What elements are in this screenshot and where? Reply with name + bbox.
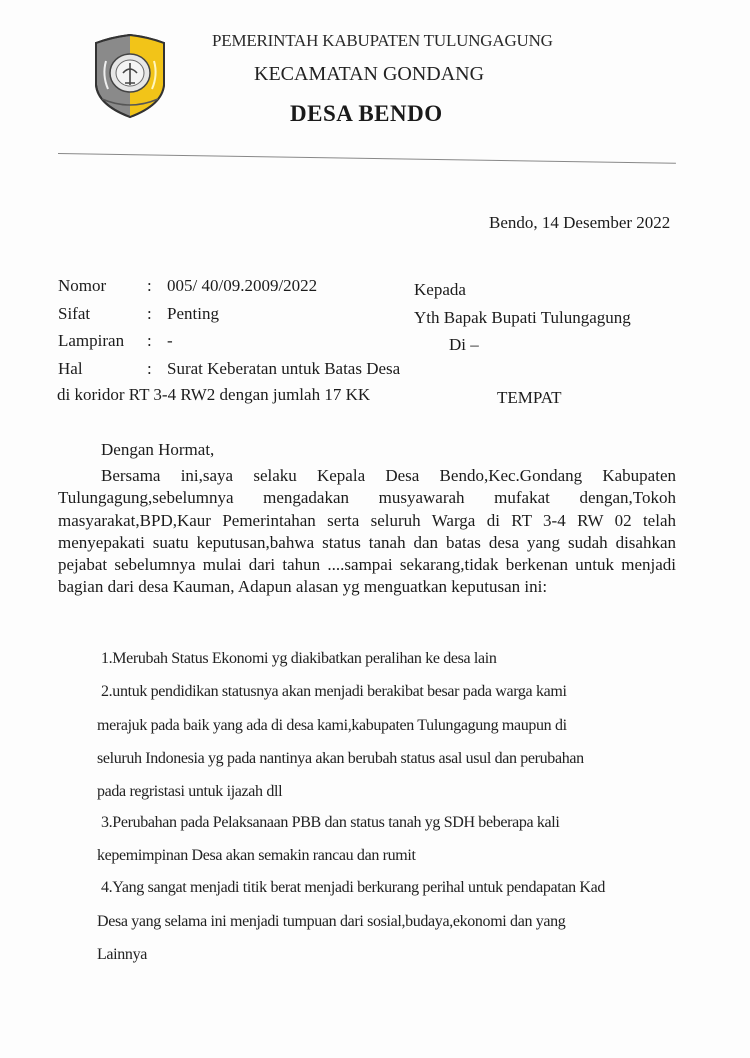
reason-line: 2.untuk pendidikan statusnya akan menjad… (101, 683, 567, 701)
body-paragraph: Bersama ini,saya selaku Kepala Desa Bend… (58, 465, 676, 599)
meta-label-sifat: Sifat (58, 304, 90, 324)
recipient-name: Yth Bapak Bupati Tulungagung (414, 308, 631, 328)
recipient-at: Di – (449, 335, 479, 355)
meta-label-nomor: Nomor (58, 276, 106, 296)
meta-value-sifat: Penting (167, 304, 219, 324)
reason-line: seluruh Indonesia yg pada nantinya akan … (97, 750, 584, 768)
reason-line: 1.Merubah Status Ekonomi yg diakibatkan … (101, 650, 497, 668)
reason-line: Lainnya (97, 946, 147, 964)
meta-value-lampiran: - (167, 331, 173, 351)
letterhead-divider (58, 153, 676, 164)
subject-continuation: di koridor RT 3-4 RW2 dengan jumlah 17 K… (57, 385, 370, 405)
meta-colon: : (147, 304, 152, 324)
letter-date: Bendo, 14 Desember 2022 (489, 213, 670, 233)
meta-value-hal: Surat Keberatan untuk Batas Desa (167, 359, 400, 379)
reason-line: 4.Yang sangat menjadi titik berat menjad… (101, 879, 605, 897)
regency-emblem-icon (92, 33, 168, 119)
reason-line: kepemimpinan Desa akan semakin rancau da… (97, 847, 416, 865)
meta-colon: : (147, 331, 152, 351)
meta-colon: : (147, 276, 152, 296)
reason-line: pada regristasi untuk ijazah dll (97, 783, 282, 801)
reason-line: 3.Perubahan pada Pelaksanaan PBB dan sta… (101, 814, 560, 832)
letterhead-government: PEMERINTAH KABUPATEN TULUNGAGUNG (212, 31, 553, 51)
greeting: Dengan Hormat, (101, 440, 214, 460)
recipient-place: TEMPAT (497, 388, 562, 408)
meta-colon: : (147, 359, 152, 379)
meta-value-nomor: 005/ 40/09.2009/2022 (167, 276, 317, 296)
letterhead-village: DESA BENDO (290, 101, 443, 127)
reason-line: Desa yang selama ini menjadi tumpuan dar… (97, 913, 565, 931)
reason-line: merajuk pada baik yang ada di desa kami,… (97, 717, 567, 735)
letterhead-district: KECAMATAN GONDANG (254, 63, 484, 86)
recipient-to: Kepada (414, 280, 466, 300)
meta-label-lampiran: Lampiran (58, 331, 124, 351)
meta-label-hal: Hal (58, 359, 83, 379)
